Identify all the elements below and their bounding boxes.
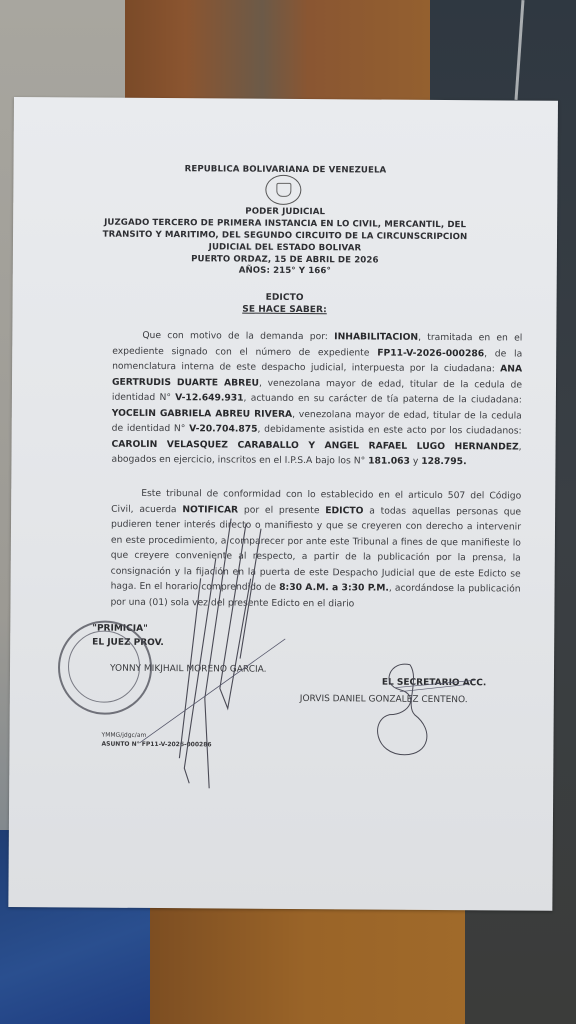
background-wood-bottom [150,900,465,1024]
secretary-signature-icon [359,659,480,760]
edict-document: REPUBLICA BOLIVARIANA DE VENEZUELA PODER… [8,97,558,911]
coat-of-arms-seal-icon [265,175,301,205]
document-paper: REPUBLICA BOLIVARIANA DE VENEZUELA PODER… [8,97,558,911]
court-stamp-icon [58,620,153,715]
footer-case-ref: ASUNTO N° FP11-V-2026-000286 [101,741,211,749]
paragraph-demand: Que con motivo de la demanda por: INHABI… [111,328,522,470]
paragraph-notification: Este tribunal de conformidad con lo esta… [110,486,521,613]
secretary-title: EL SECRETARIO ACC. [382,678,486,689]
secretary-name: JORVIS DANIEL GONZALEZ CENTENO. [300,694,468,705]
document-subtitle: SE HACE SABER: [12,303,556,317]
footer-initials: YMMG/jdgc/am [102,732,147,739]
